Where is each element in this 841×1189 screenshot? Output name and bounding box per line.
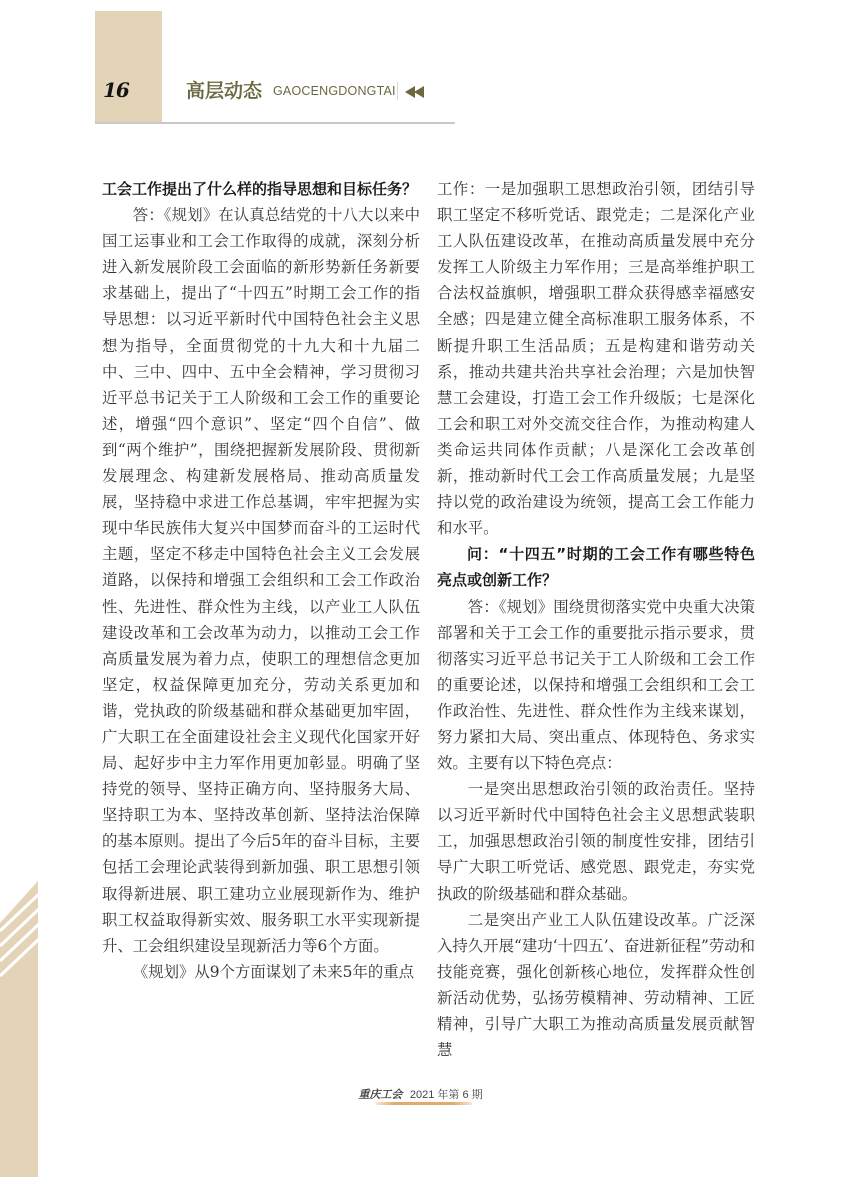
magazine-name: 重庆工会 — [358, 1088, 402, 1101]
body-paragraph: 二是突出产业工人队伍建设改革。广泛深入持久开展“建功‘十四五’、奋进新征程”劳动… — [437, 907, 755, 1064]
body-paragraph-continued: 工作：一是加强职工思想政治引领，团结引导职工坚定不移听党话、跟党走；二是深化产业… — [437, 176, 755, 541]
header-divider — [397, 82, 398, 100]
body-paragraph: 《规划》从9个方面谋划了未来5年的重点 — [102, 959, 420, 985]
issue-label: 2021 年第 6 期 — [410, 1089, 483, 1101]
answer-paragraph: 答：《规划》在认真总结党的十八大以来中国工运事业和工会工作取得的成就，深刻分析进… — [102, 202, 420, 959]
question-heading: 问：“十四五”时期的工会工作有哪些特色亮点或创新工作？ — [437, 541, 755, 593]
header-rule — [95, 122, 455, 124]
footer-accent-bar — [376, 1102, 472, 1105]
section-title: 高层动态 — [186, 76, 262, 103]
page-footer: 重庆工会 2021 年第 6 期 — [0, 1086, 841, 1102]
decorative-stripes — [0, 875, 40, 1177]
rewind-icon — [405, 86, 427, 98]
article-column-left: 工会工作提出了什么样的指导思想和目标任务？ 答：《规划》在认真总结党的十八大以来… — [102, 176, 420, 985]
question-heading: 工会工作提出了什么样的指导思想和目标任务？ — [102, 176, 420, 202]
section-subtitle: GAOCENGDONGTAI — [273, 84, 396, 98]
answer-paragraph: 答：《规划》围绕贯彻落实党中央重大决策部署和关于工会工作的重要批示指示要求，贯彻… — [437, 594, 755, 777]
body-paragraph: 一是突出思想政治引领的政治责任。坚持以习近平新时代中国特色社会主义思想武装职工，… — [437, 776, 755, 906]
page-number-block — [95, 11, 162, 122]
page-number: 16 — [103, 78, 129, 102]
article-column-right: 工作：一是加强职工思想政治引领，团结引导职工坚定不移听党话、跟党走；二是深化产业… — [437, 176, 755, 1063]
